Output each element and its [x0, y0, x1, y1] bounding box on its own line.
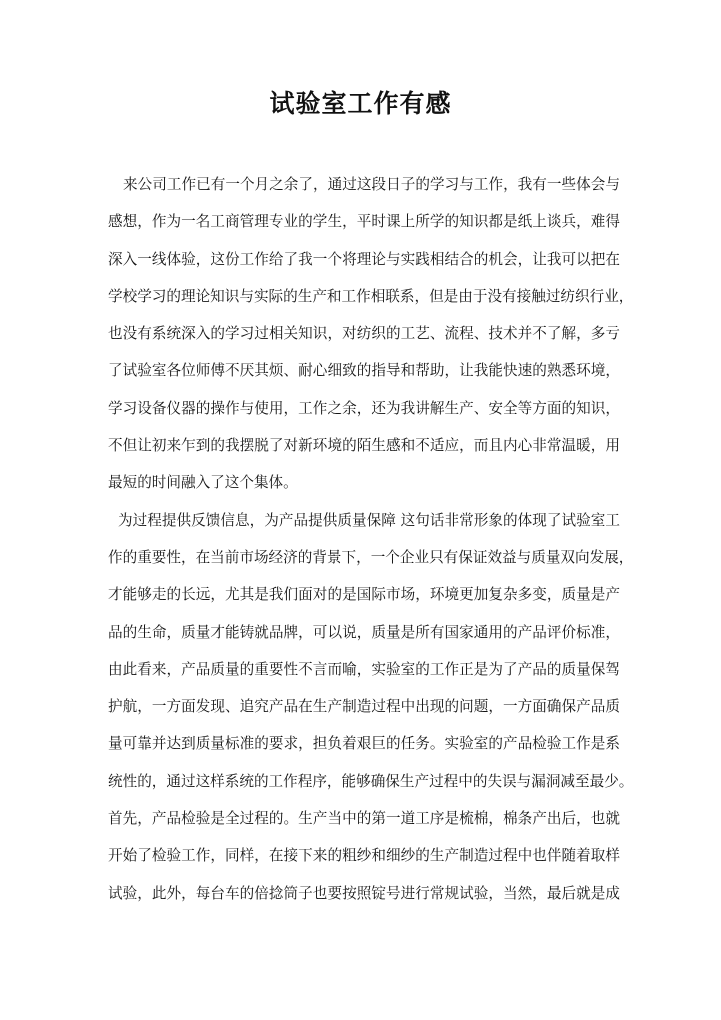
paragraph-2-line-11: 试验，此外，每台车的倍捻筒子也要按照锭号进行常规试验，当然，最后就是成 [108, 881, 620, 918]
document-body: 来公司工作已有一个月之余了，通过这段日子的学习与工作，我有一些体会与 感想，作为… [108, 172, 620, 918]
paragraph-1-line-5: 也没有系统深入的学习过相关知识，对纺织的工艺、流程、技术并不了解，多亏 [108, 321, 620, 358]
paragraph-2-line-2: 作的重要性，在当前市场经济的背景下，一个企业只有保证效益与质量双向发展， [108, 545, 620, 582]
paragraph-2-line-8: 统性的，通过这样系统的工作程序，能够确保生产过程中的失误与漏洞减至最少。 [108, 769, 620, 806]
paragraph-1-line-4: 学校学习的理论知识与实际的生产和工作相联系，但是由于没有接触过纺织行业， [108, 284, 620, 321]
paragraph-2-line-5: 由此看来，产品质量的重要性不言而喻，实验室的工作正是为了产品的质量保驾 [108, 657, 620, 694]
paragraph-1-line-9: 最短的时间融入了这个集体。 [108, 470, 620, 507]
paragraph-2-line-3: 才能够走的长远，尤其是我们面对的是国际市场，环境更加复杂多变，质量是产 [108, 582, 620, 619]
paragraph-1-line-3: 深入一线体验，这份工作给了我一个将理论与实践相结合的机会，让我可以把在 [108, 247, 620, 284]
paragraph-1-line-1: 来公司工作已有一个月之余了，通过这段日子的学习与工作，我有一些体会与 [108, 172, 620, 209]
document-page: 试验室工作有感 来公司工作已有一个月之余了，通过这段日子的学习与工作，我有一些体… [0, 0, 721, 1020]
paragraph-1-line-7: 学习设备仪器的操作与使用，工作之余，还为我讲解生产、安全等方面的知识， [108, 396, 620, 433]
paragraph-2-line-4: 品的生命，质量才能铸就品牌，可以说，质量是所有国家通用的产品评价标准， [108, 620, 620, 657]
paragraph-2-line-6: 护航，一方面发现、追究产品在生产制造过程中出现的问题，一方面确保产品质 [108, 694, 620, 731]
paragraph-2-line-10: 开始了检验工作，同样，在接下来的粗纱和细纱的生产制造过程中也伴随着取样 [108, 843, 620, 880]
paragraph-1-line-8: 不但让初来乍到的我摆脱了对新环境的陌生感和不适应，而且内心非常温暖，用 [108, 433, 620, 470]
paragraph-1-line-2: 感想，作为一名工商管理专业的学生，平时课上所学的知识都是纸上谈兵，难得 [108, 209, 620, 246]
document-title: 试验室工作有感 [0, 86, 721, 122]
paragraph-1-line-6: 了试验室各位师傅不厌其烦、耐心细致的指导和帮助，让我能快速的熟悉环境， [108, 358, 620, 395]
paragraph-2-line-9: 首先，产品检验是全过程的。生产当中的第一道工序是梳棉，棉条产出后，也就 [108, 806, 620, 843]
paragraph-2-line-1: 为过程提供反馈信息，为产品提供质量保障 这句话非常形象的体现了试验室工 [108, 508, 620, 545]
paragraph-2-line-7: 量可靠并达到质量标准的要求，担负着艰巨的任务。实验室的产品检验工作是系 [108, 731, 620, 768]
